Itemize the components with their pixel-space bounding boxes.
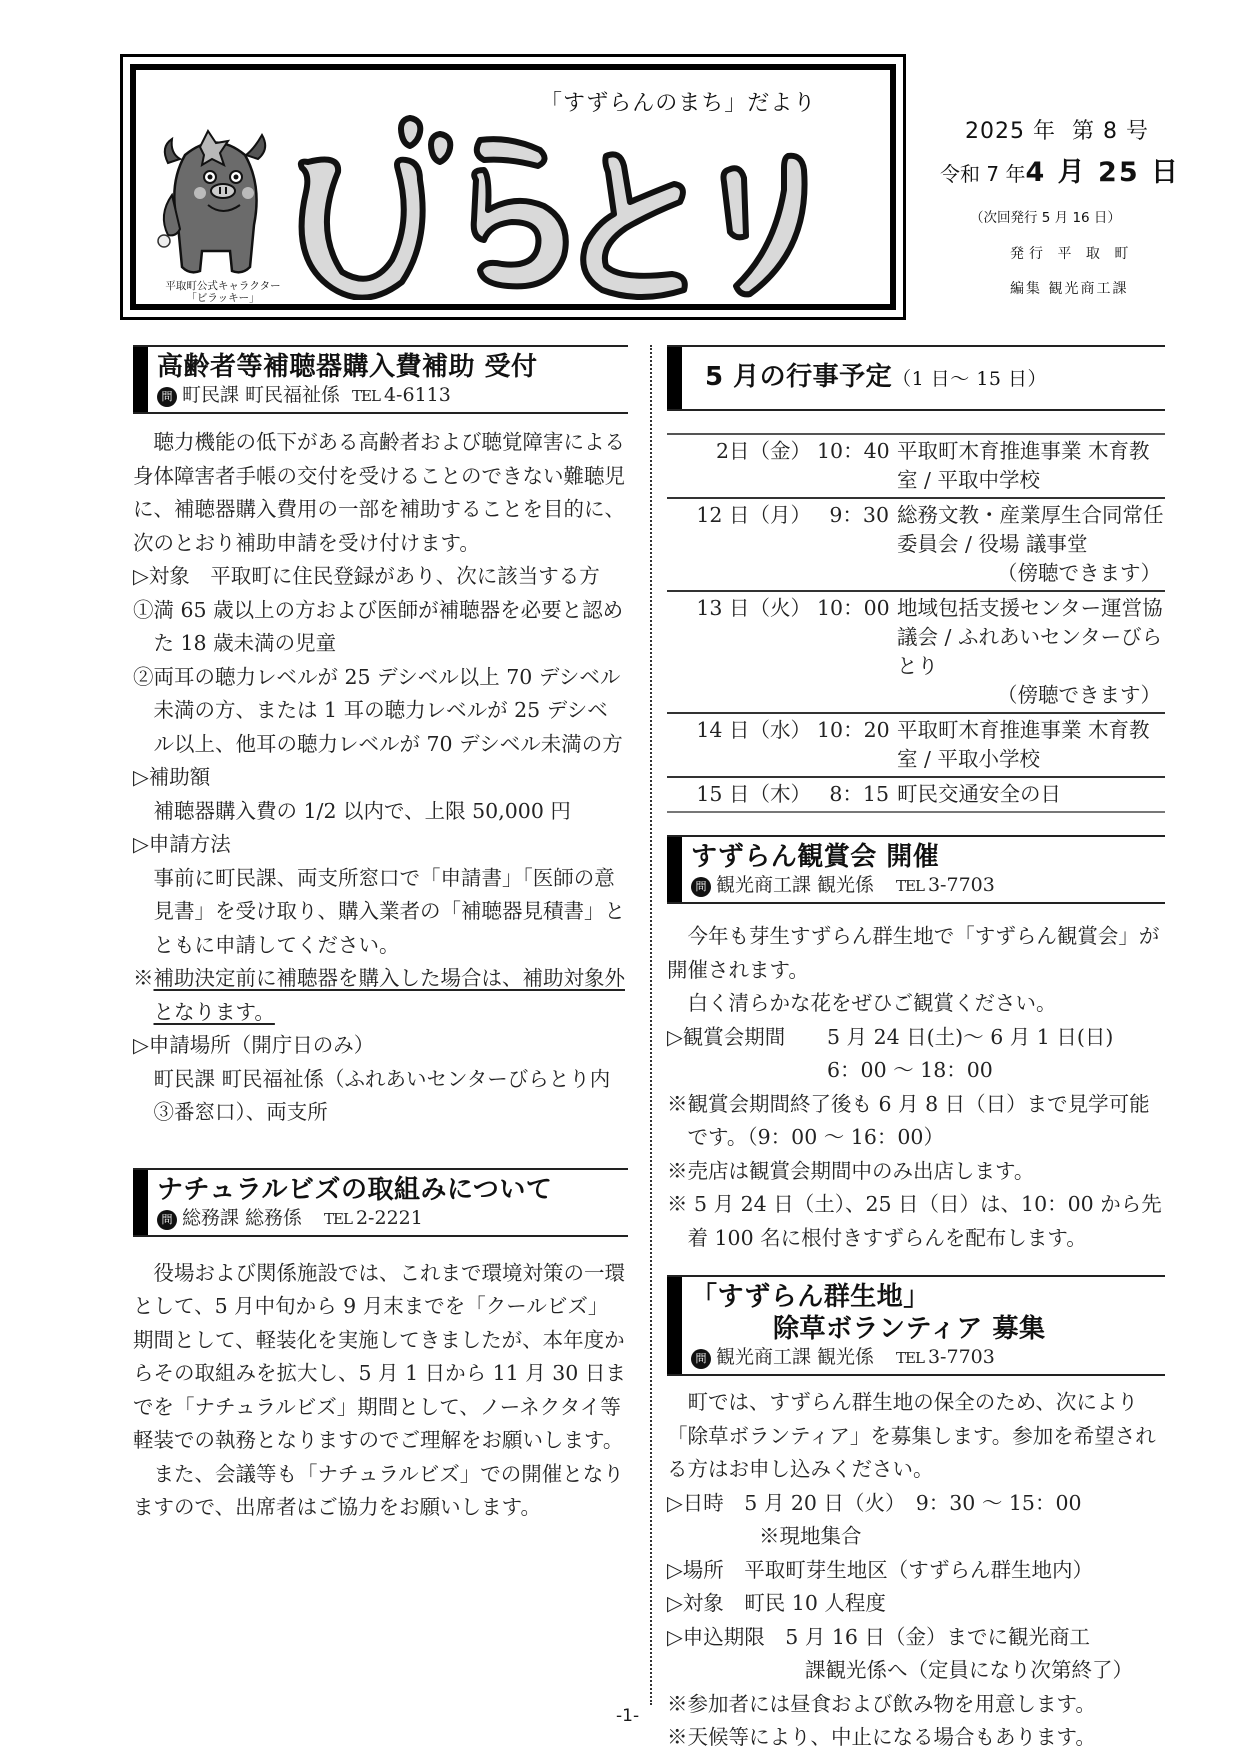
schedule-row: 2日（金） 10：40 平取町木育推進事業 木育教室 / 平取中学校	[667, 435, 1165, 499]
editor: 編集 観光商工課	[1010, 278, 1128, 298]
section-title: 高齢者等補聴器購入費補助 受付	[157, 351, 628, 383]
section-header: ナチュラルビズの取組みについて 問総務課 総務係TEL2-2221	[133, 1168, 628, 1237]
inquiry-icon: 問	[691, 1349, 711, 1369]
schedule-row: 12 日（月） 9：30 総務文教・産業厚生合同常任委員会 / 役場 議事堂（傍…	[667, 499, 1165, 592]
tel-number: 4-6113	[384, 384, 451, 406]
section-contact: 問総務課 総務係TEL2-2221	[157, 1206, 628, 1231]
section-header: 高齢者等補聴器購入費補助 受付 問町民課 町民福祉係TEL4-6113	[133, 345, 628, 414]
article-body: 聴力機能の低下がある高齢者および聴覚障害による身体障害者手帳の交付を受けることの…	[133, 426, 628, 1130]
page-number: -1-	[616, 1706, 639, 1726]
schedule-row: 14 日（水） 10：20 平取町木育推進事業 木育教室 / 平取小学校	[667, 714, 1165, 778]
article-body: 町では、すずらん群生地の保全のため、次により「除草ボランティア」を募集します。参…	[667, 1386, 1165, 1754]
tel-number: 2-2221	[356, 1207, 423, 1229]
tel-icon: TEL	[352, 387, 380, 405]
schedule-row: 13 日（火） 10：00 地域包括支援センター運営協議会 / ふれあいセンター…	[667, 592, 1165, 714]
left-column: 高齢者等補聴器購入費補助 受付 問町民課 町民福祉係TEL4-6113 聴力機能…	[133, 345, 628, 1525]
section-contact: 問町民課 町民福祉係TEL4-6113	[157, 383, 628, 408]
mascot-illustration	[150, 125, 280, 285]
schedule-row: 15 日（木） 8：15 町民交通安全の日	[667, 778, 1165, 813]
publisher: 発行 平 取 町	[1010, 243, 1133, 263]
section-header: すずらん観賞会 開催 問観光商工課 観光係TEL3-7703	[667, 835, 1165, 904]
schedule-table: 2日（金） 10：40 平取町木育推進事業 木育教室 / 平取中学校 12 日（…	[667, 433, 1165, 813]
tel-number: 3-7703	[928, 1346, 995, 1368]
mascot-caption: 平取町公式キャラクター 「ビラッキー」	[148, 280, 298, 304]
issue-year-number: 2025 年 第 8 号	[965, 114, 1149, 145]
article-body: 役場および関係施設では、これまで環境対策の一環として、5 月中旬から 9 月末ま…	[133, 1257, 628, 1525]
article-natural-biz: ナチュラルビズの取組みについて 問総務課 総務係TEL2-2221 役場および関…	[133, 1168, 628, 1525]
column-divider	[650, 345, 652, 1705]
masthead-logo-biratori	[280, 110, 840, 300]
inquiry-icon: 問	[157, 1210, 177, 1230]
warning-note: ※補助決定前に補聴器を購入した場合は、補助対象外となります。	[133, 962, 628, 1029]
article-hearing-aid: 高齢者等補聴器購入費補助 受付 問町民課 町民福祉係TEL4-6113 聴力機能…	[133, 345, 628, 1130]
section-header: 5 月の行事予定（1 日～ 15 日）	[667, 345, 1165, 411]
section-title-line1: 「すずらん群生地」	[691, 1281, 1165, 1313]
may-schedule: 5 月の行事予定（1 日～ 15 日） 2日（金） 10：40 平取町木育推進事…	[667, 345, 1165, 813]
inquiry-icon: 問	[691, 877, 711, 897]
tel-icon: TEL	[324, 1210, 352, 1228]
section-title: 5 月の行事予定（1 日～ 15 日）	[705, 361, 1165, 395]
tel-icon: TEL	[896, 877, 924, 895]
inquiry-icon: 問	[157, 387, 177, 407]
section-title-line2: 除草ボランティア 募集	[691, 1313, 1165, 1345]
tel-icon: TEL	[896, 1349, 924, 1367]
article-body: 今年も芽生すずらん群生地で「すずらん観賞会」が開催されます。 白く清らかな花をぜ…	[667, 920, 1165, 1255]
right-column: 5 月の行事予定（1 日～ 15 日） 2日（金） 10：40 平取町木育推進事…	[667, 345, 1165, 1754]
section-header: 「すずらん群生地」 除草ボランティア 募集 問観光商工課 観光係TEL3-770…	[667, 1275, 1165, 1376]
section-contact: 問観光商工課 観光係TEL3-7703	[691, 873, 1165, 898]
section-contact: 問観光商工課 観光係TEL3-7703	[691, 1345, 1165, 1370]
issue-date: 令和 7 年4 月 25 日	[940, 150, 1180, 189]
next-issue-date: （次回発行 5 月 16 日）	[970, 206, 1121, 226]
tel-number: 3-7703	[928, 874, 995, 896]
article-suzuran-viewing: すずらん観賞会 開催 問観光商工課 観光係TEL3-7703 今年も芽生すずらん…	[667, 835, 1165, 1255]
section-title: ナチュラルビズの取組みについて	[157, 1174, 628, 1206]
section-title: すずらん観賞会 開催	[691, 841, 1165, 873]
article-weeding-volunteer: 「すずらん群生地」 除草ボランティア 募集 問観光商工課 観光係TEL3-770…	[667, 1275, 1165, 1754]
